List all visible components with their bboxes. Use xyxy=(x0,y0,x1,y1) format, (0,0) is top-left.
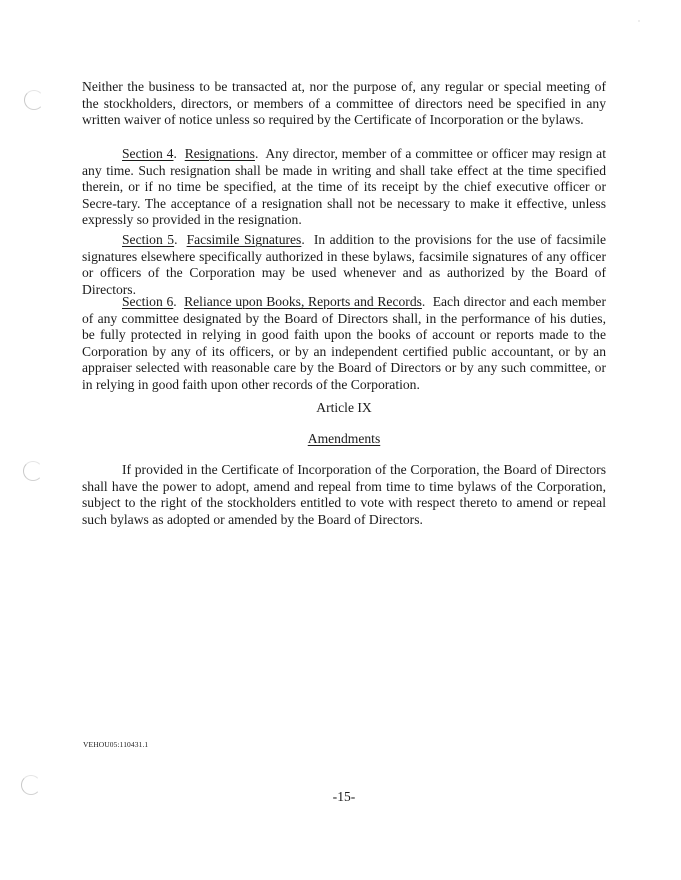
section-6-title: Reliance upon Books, Reports and Records xyxy=(184,294,422,309)
document-id: VEHOU05:110431.1 xyxy=(83,740,148,749)
article-body-paragraph: If provided in the Certificate of Incorp… xyxy=(82,462,606,528)
document-page: Neither the business to be transacted at… xyxy=(0,0,681,880)
separator: . xyxy=(422,294,433,309)
punch-hole-top xyxy=(24,90,44,110)
waiver-text: Neither the business to be transacted at… xyxy=(82,79,606,129)
section-5-title: Facsimile Signatures xyxy=(187,232,302,247)
article-title: Amendments xyxy=(308,431,381,446)
section-5-paragraph: Section 5. Facsimile Signatures. In addi… xyxy=(82,232,606,298)
article-heading: Article IX xyxy=(82,400,606,417)
section-6-number: Section 6 xyxy=(122,294,173,309)
section-4-title: Resignations xyxy=(185,146,255,161)
scan-speck xyxy=(638,20,640,22)
separator: . xyxy=(173,294,184,309)
waiver-paragraph: Neither the business to be transacted at… xyxy=(82,79,606,129)
separator: . xyxy=(301,232,313,247)
section-6-paragraph: Section 6. Reliance upon Books, Reports … xyxy=(82,294,606,394)
separator: . xyxy=(174,232,186,247)
section-4-number: Section 4 xyxy=(122,146,173,161)
section-5-number: Section 5 xyxy=(122,232,174,247)
article-title-wrap: Amendments xyxy=(82,431,606,448)
section-4-paragraph: Section 4. Resignations. Any director, m… xyxy=(82,146,606,229)
article-body: If provided in the Certificate of Incorp… xyxy=(82,462,606,528)
page-number: -15- xyxy=(82,789,606,805)
punch-hole-bottom xyxy=(21,775,41,795)
separator: . xyxy=(255,146,265,161)
punch-hole-middle xyxy=(23,461,43,481)
separator: . xyxy=(173,146,184,161)
